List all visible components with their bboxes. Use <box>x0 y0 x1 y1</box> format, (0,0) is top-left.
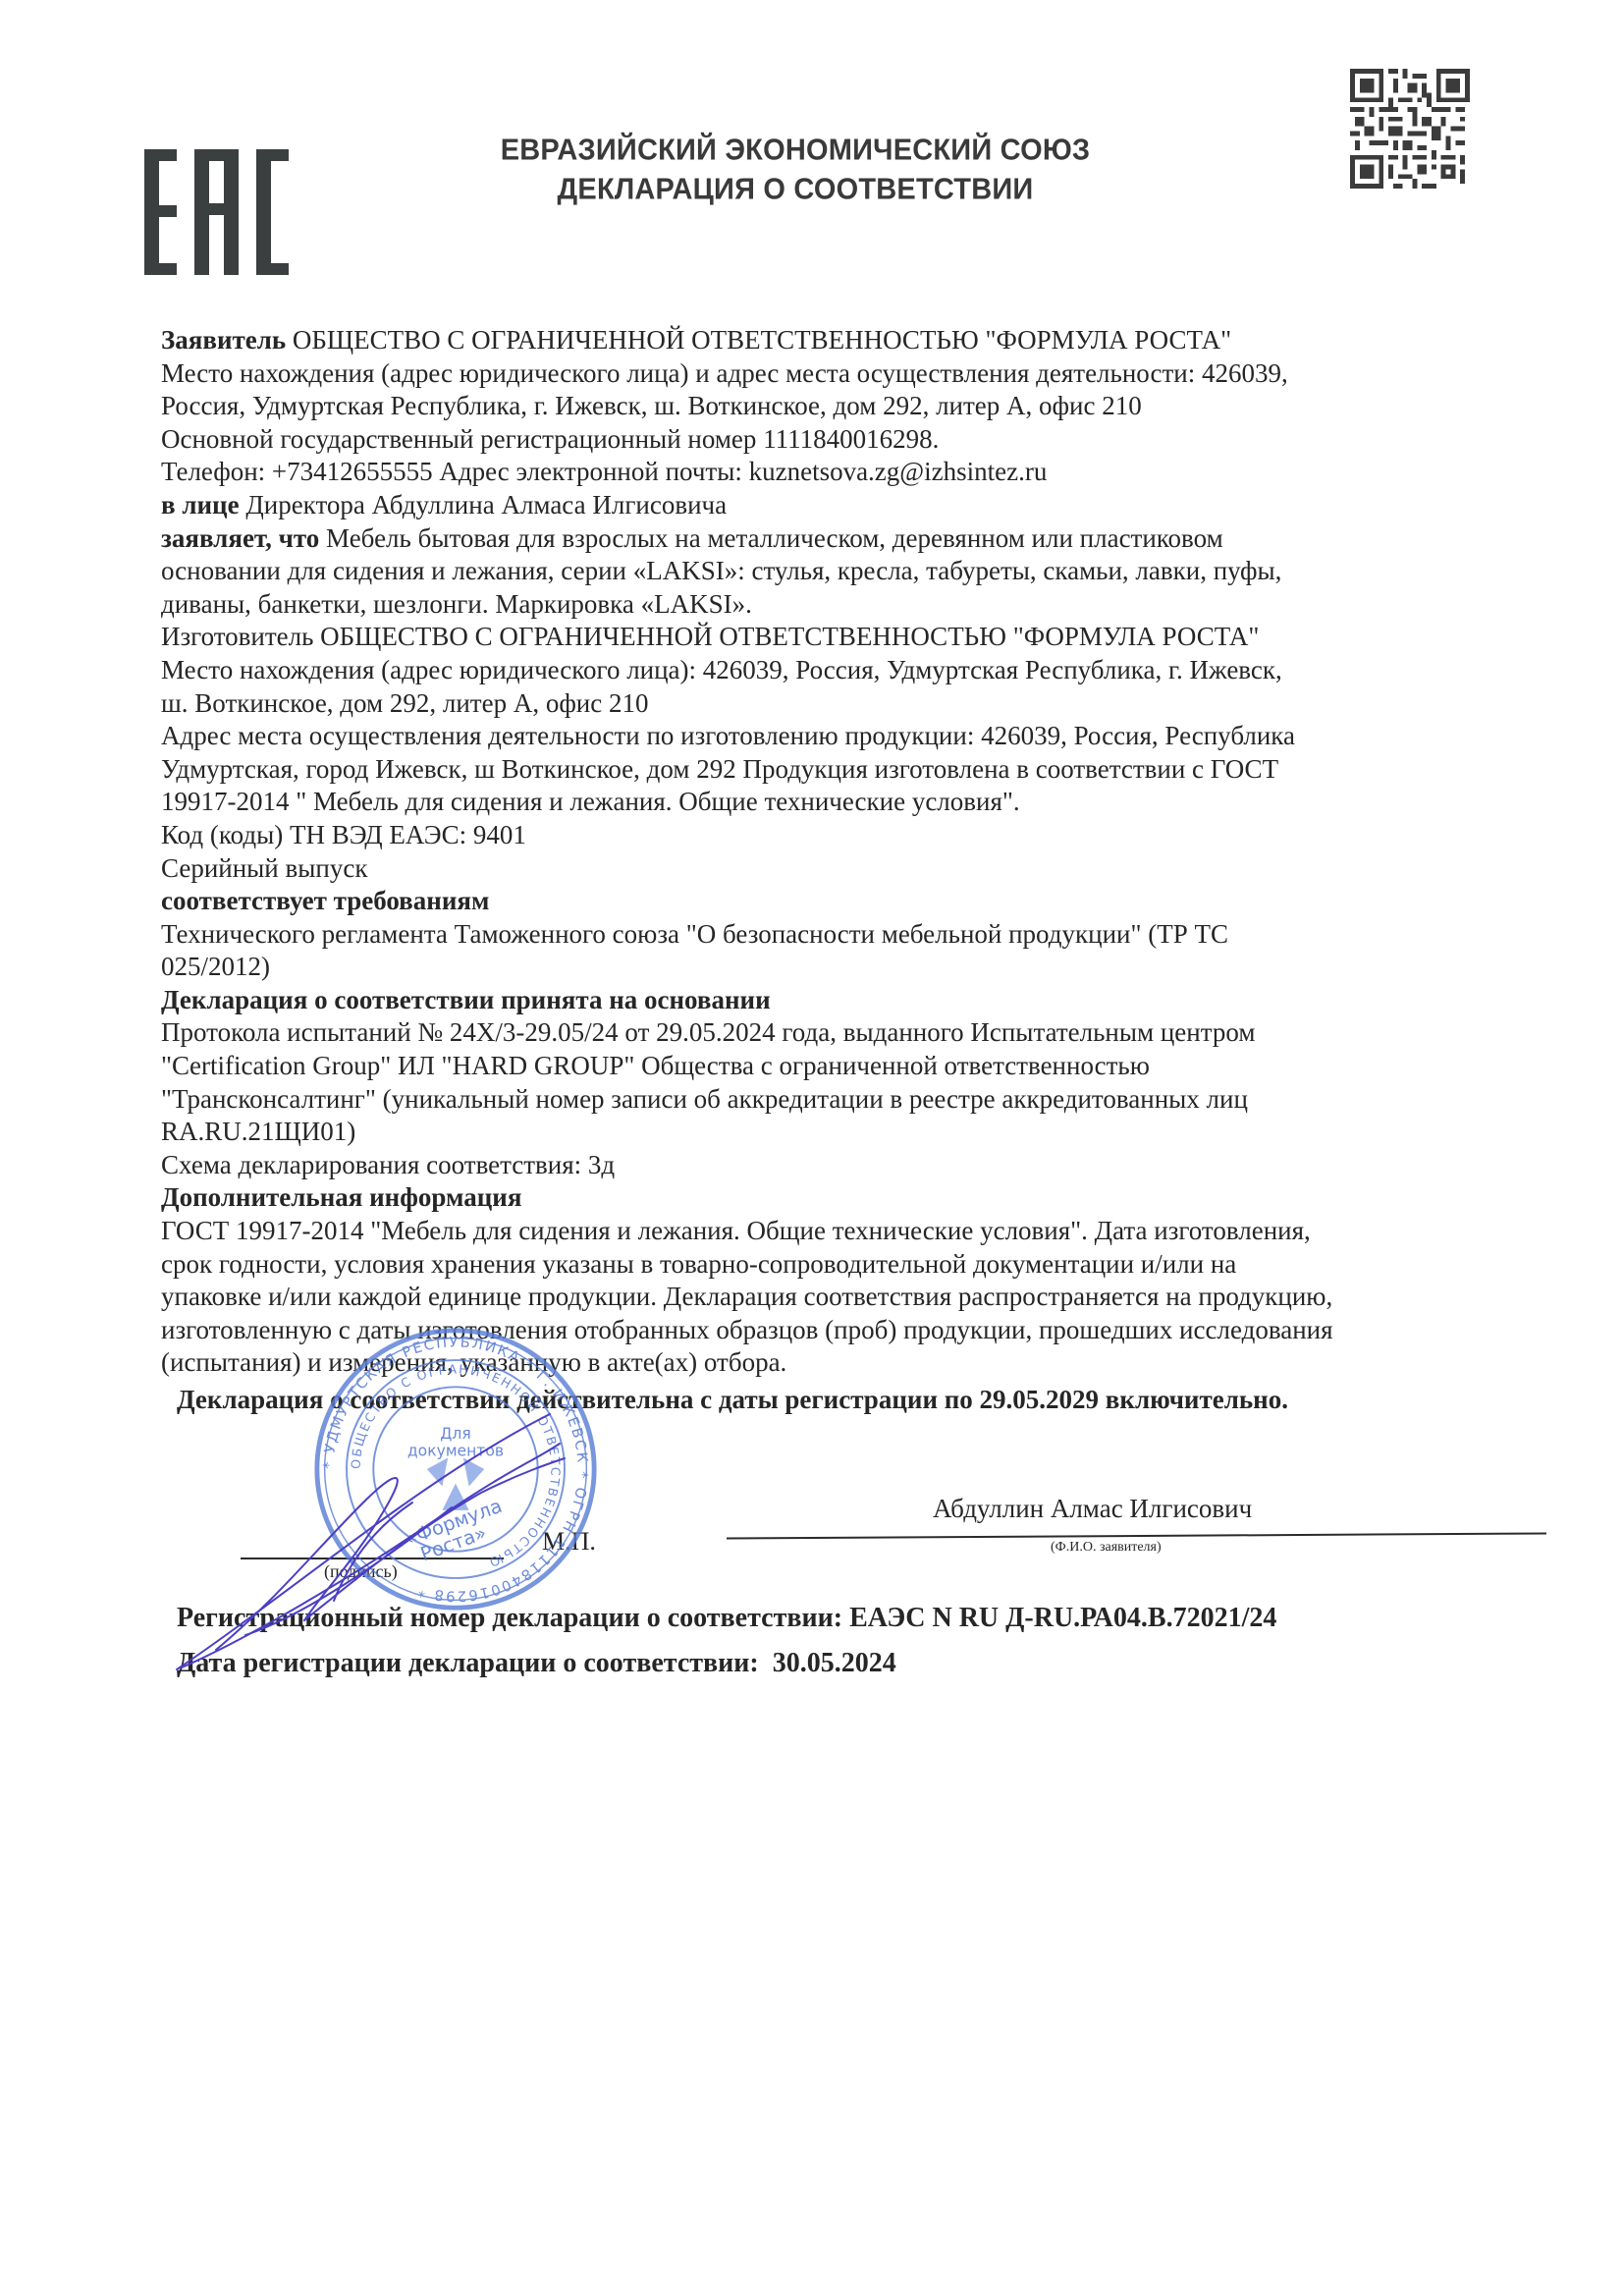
applicant-address-2: Россия, Удмуртская Республика, г. Ижевск… <box>161 390 1482 423</box>
document-header: ЕВРАЗИЙСКИЙ ЭКОНОМИЧЕСКИЙ СОЮЗ ДЕКЛАРАЦИ… <box>452 131 1139 209</box>
registration-date: Дата регистрации декларации о соответств… <box>177 1648 896 1679</box>
declares-label: заявляет, что <box>161 523 319 553</box>
handwritten-signature-icon <box>157 1404 569 1679</box>
basis-line-1: Протокола испытаний № 24Х/3-29.05/24 от … <box>161 1016 1482 1050</box>
qr-code-icon[interactable] <box>1350 69 1470 189</box>
basis-line-2: "Certification Group" ИЛ "HARD GROUP" Об… <box>161 1050 1482 1083</box>
applicant-ogrn: Основной государственный регистрационный… <box>161 423 1482 457</box>
basis-label: Декларация о соответствии принята на осн… <box>161 984 1482 1017</box>
additional-line-3: упаковке и/или каждой единице продукции.… <box>161 1281 1482 1314</box>
header-declaration-title: ДЕКЛАРАЦИЯ О СООТВЕТСТВИИ <box>452 170 1139 209</box>
manufacturer-line-2: Место нахождения (адрес юридического лиц… <box>161 654 1482 687</box>
fio-line <box>727 1532 1546 1539</box>
declaration-body: Заявитель ОБЩЕСТВО С ОГРАНИЧЕННОЙ ОТВЕТС… <box>161 324 1482 1417</box>
registration-number: Регистрационный номер декларации о соотв… <box>177 1603 1276 1634</box>
represented-line: в лице Директора Абдуллина Алмаса Илгисо… <box>161 489 1482 522</box>
additional-info-label: Дополнительная информация <box>161 1181 1482 1215</box>
declares-line-2: основании для сидения и лежания, серии «… <box>161 555 1482 588</box>
manufacturer-line-4: Адрес места осуществления деятельности п… <box>161 720 1482 753</box>
registration-date-label: Дата регистрации декларации о соответств… <box>177 1648 759 1678</box>
additional-line-5: (испытания) и измерения, указанную в акт… <box>161 1346 1482 1380</box>
applicant-line: Заявитель ОБЩЕСТВО С ОГРАНИЧЕННОЙ ОТВЕТС… <box>161 324 1482 357</box>
declaration-scheme: Схема декларирования соответствия: 3д <box>161 1149 1482 1182</box>
registration-date-value: 30.05.2024 <box>773 1648 896 1678</box>
manufacturer-line-3: ш. Воткинское, дом 292, литер А, офис 21… <box>161 687 1482 721</box>
applicant-name: ОБЩЕСТВО С ОГРАНИЧЕННОЙ ОТВЕТСТВЕННОСТЬЮ… <box>286 325 1231 355</box>
signature-caption: (подпись) <box>324 1561 398 1582</box>
svg-text:Для: Для <box>440 1425 470 1443</box>
additional-line-4: изготовленную с даты изготовления отобра… <box>161 1314 1482 1347</box>
fio-caption: (Ф.И.О. заявителя) <box>1051 1540 1162 1556</box>
declares-text-1: Мебель бытовая для взрослых на металличе… <box>319 523 1222 553</box>
registration-number-value: ЕАЭС N RU Д-RU.РА04.В.72021/24 <box>849 1603 1276 1633</box>
represented-by: Директора Абдуллина Алмаса Илгисовича <box>240 490 728 519</box>
svg-text:«Формула: «Формула <box>402 1495 505 1551</box>
basis-line-4: RA.RU.21ЩИ01) <box>161 1116 1482 1149</box>
declaration-page: ЕВРАЗИЙСКИЙ ЭКОНОМИЧЕСКИЙ СОЮЗ ДЕКЛАРАЦИ… <box>0 0 1623 2296</box>
additional-line-2: срок годности, условия хранения указаны … <box>161 1248 1482 1282</box>
declares-line-1: заявляет, что Мебель бытовая для взрослы… <box>161 522 1482 556</box>
represented-label: в лице <box>161 490 240 519</box>
seal-place-mark: М.П. <box>542 1527 596 1557</box>
manufacturer-line-6: 19917-2014 " Мебель для сидения и лежани… <box>161 786 1482 819</box>
requirements-line-2: 025/2012) <box>161 951 1482 984</box>
eac-logo-icon <box>144 149 290 275</box>
manufacturer-line-1: Изготовитель ОБЩЕСТВО С ОГРАНИЧЕННОЙ ОТВ… <box>161 621 1482 654</box>
header-union-title: ЕВРАЗИЙСКИЙ ЭКОНОМИЧЕСКИЙ СОЮЗ <box>452 131 1139 170</box>
release-type: Серийный выпуск <box>161 852 1482 886</box>
validity-statement: Декларация о соответствии действительна … <box>161 1384 1482 1417</box>
applicant-label: Заявитель <box>161 325 286 355</box>
applicant-contacts: Телефон: +73412655555 Адрес электронной … <box>161 456 1482 489</box>
manufacturer-line-5: Удмуртская, город Ижевск, ш Воткинское, … <box>161 753 1482 787</box>
basis-line-3: "Трансконсалтинг" (уникальный номер запи… <box>161 1083 1482 1117</box>
requirements-label: соответствует требованиям <box>161 885 1482 918</box>
applicant-signatory-name: Абдуллин Алмас Илгисович <box>933 1494 1252 1524</box>
tn-ved-code: Код (коды) ТН ВЭД ЕАЭС: 9401 <box>161 819 1482 852</box>
additional-line-1: ГОСТ 19917-2014 "Мебель для сидения и ле… <box>161 1215 1482 1248</box>
registration-number-label: Регистрационный номер декларации о соотв… <box>177 1603 842 1633</box>
declares-line-3: диваны, банкетки, шезлонги. Маркировка «… <box>161 588 1482 622</box>
signature-line <box>241 1558 504 1559</box>
applicant-address-1: Место нахождения (адрес юридического лиц… <box>161 357 1482 391</box>
requirements-line-1: Технического регламента Таможенного союз… <box>161 918 1482 952</box>
svg-text:документов: документов <box>407 1442 504 1459</box>
